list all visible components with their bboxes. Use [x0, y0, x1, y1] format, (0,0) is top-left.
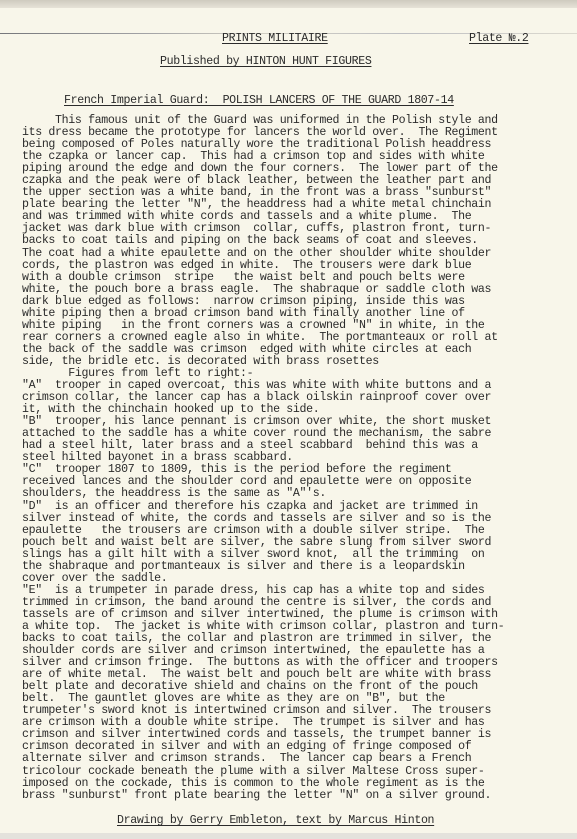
body-line: epaulette the trousers are crimson with … [22, 525, 504, 537]
document-subtitle: French Imperial Guard: POLISH LANCERS OF… [64, 95, 454, 107]
plate-number: Plate №.2 [469, 33, 528, 45]
body-line: shoulders, the headdress is the same as … [22, 488, 504, 500]
body-line: The coat had a white epaulette and on th… [22, 248, 504, 260]
credits-line: Drawing by Gerry Embleton, text by Marcu… [117, 815, 434, 827]
body-line: "D" is an officer and therefore his czap… [22, 501, 504, 513]
body-line: backs to coat tails and piping on the ba… [22, 235, 504, 247]
body-line: white, the pouch bore a brass eagle. The… [22, 284, 504, 296]
body-line: the shabraque and portmanteaux is silver… [22, 561, 504, 573]
publisher-line: Published by HINTON HUNT FIGURES [160, 56, 371, 68]
body-line: pouch belt and waist belt are silver, th… [22, 537, 504, 549]
body-line: white piping then a broad crimson band w… [22, 308, 504, 320]
body-line: silver instead of white, the cords and t… [22, 513, 504, 525]
body-line: cords, the plastron was edged in white. … [22, 260, 504, 272]
body-line: with a double crimson stripe the waist b… [22, 272, 504, 284]
scan-bottom-edge [0, 833, 577, 839]
body-line: brass "sunburst" front plate bearing the… [22, 790, 504, 802]
body-line: imposed on the cockade, this is common t… [22, 778, 504, 790]
body-line: dark blue edged as follows: narrow crims… [22, 296, 504, 308]
body-line: slings has a gilt hilt with a silver swo… [22, 549, 504, 561]
body-line: tricolour cockade beneath the plume with… [22, 766, 504, 778]
series-title: PRINTS MILITAIRE [222, 33, 328, 45]
body-text: This famous unit of the Guard was unifor… [22, 115, 504, 802]
body-line: alternate silver and crimson strands. Th… [22, 753, 504, 765]
